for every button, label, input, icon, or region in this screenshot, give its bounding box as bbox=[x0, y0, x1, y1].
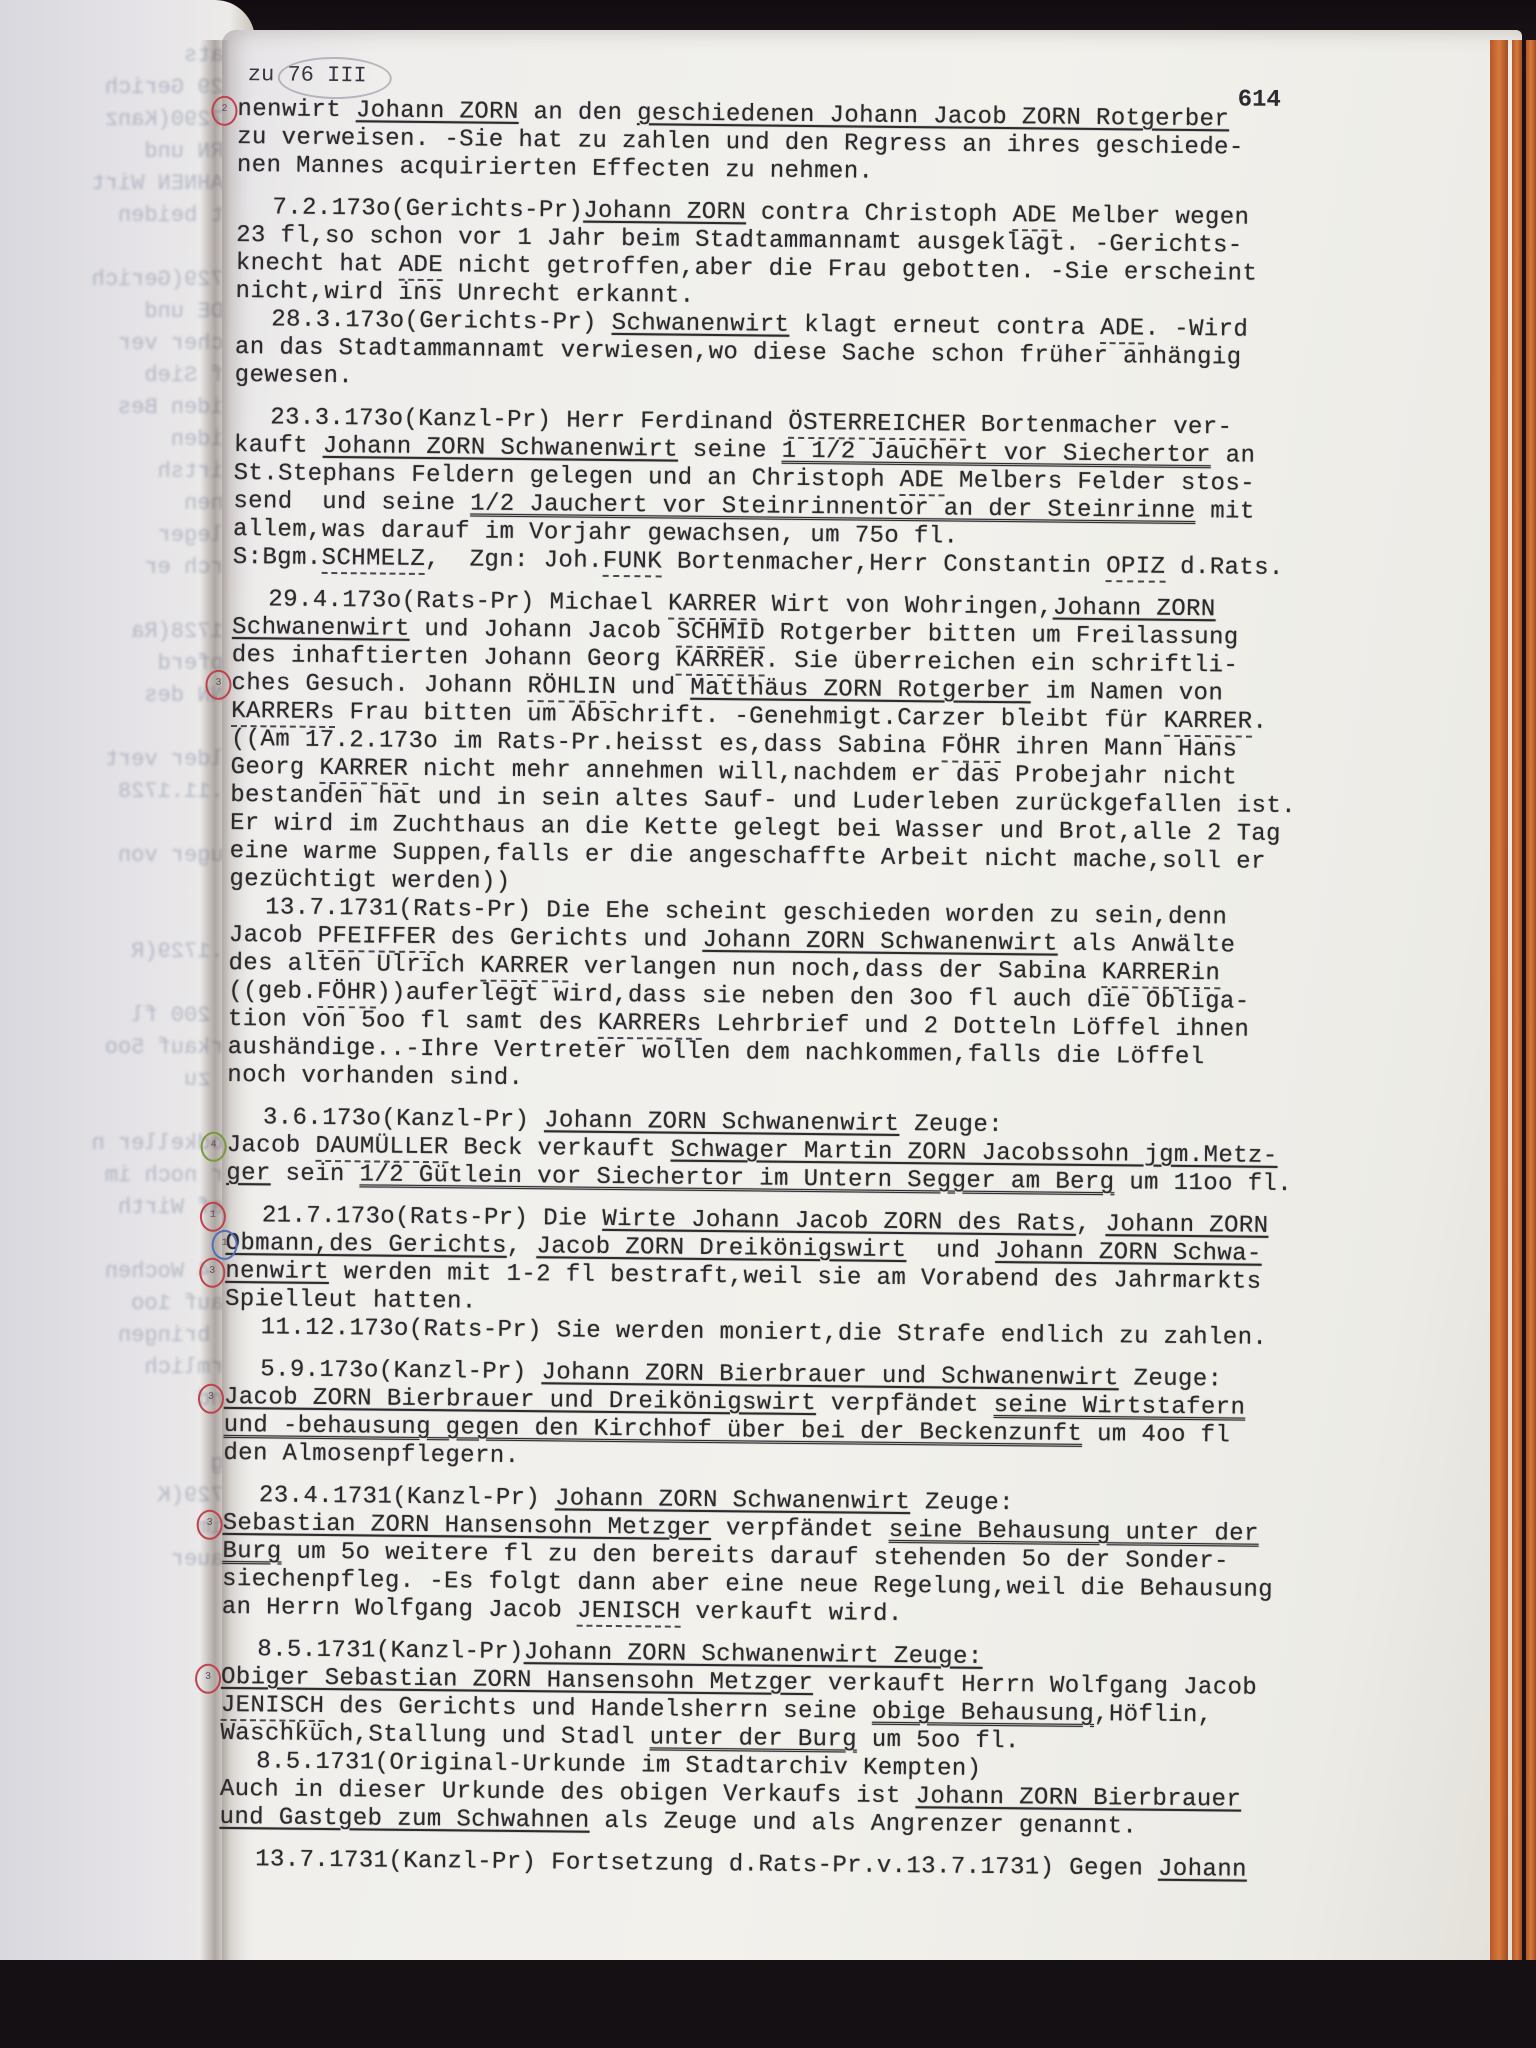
text-run: Jacob bbox=[226, 1132, 315, 1160]
underlined-phrase: RÖHLIN bbox=[527, 673, 616, 703]
underlined-phrase: Johann ZORN bbox=[583, 198, 746, 227]
text-run: , Zgn: Joh. bbox=[425, 546, 603, 575]
pencil-circle bbox=[278, 56, 392, 99]
text-run: 7.2.173o(Gerichts-Pr) bbox=[272, 194, 583, 224]
text-run: um 5oo fl. bbox=[857, 1727, 1020, 1756]
text-run: tion von 5oo fl samt des bbox=[228, 1006, 598, 1037]
text-run: des Gerichts und Handelsherrn seine bbox=[324, 1693, 872, 1726]
text-run: S:Bgm. bbox=[233, 544, 322, 572]
underlined-phrase: Jacob ZORN Dreikönigswirt bbox=[536, 1233, 906, 1264]
margin-circle-mark: 3 bbox=[199, 1258, 225, 1288]
underlined-phrase: ÖSTERREICHER bbox=[788, 410, 966, 441]
underlined-phrase: ger bbox=[226, 1160, 271, 1187]
text-run: 29.4.173o(Rats-Pr) Michael bbox=[268, 586, 668, 617]
underlined-phrase: seine Behausung unter der bbox=[889, 1517, 1259, 1548]
text-run: Zeuge: bbox=[899, 1111, 1003, 1139]
margin-circle-mark: 3 bbox=[197, 1510, 223, 1540]
underlined-phrase: DAUMÜLLER bbox=[315, 1133, 449, 1163]
text-run: Bortenmacher,Herr Constantin bbox=[662, 548, 1106, 580]
text-run: seine bbox=[678, 437, 782, 465]
underlined-phrase: KARRER bbox=[480, 953, 569, 983]
text-run: ((geb. bbox=[228, 978, 317, 1006]
text-run: sein bbox=[271, 1160, 360, 1188]
text-run: Beck verkauft bbox=[449, 1134, 671, 1163]
text-run: , bbox=[507, 1233, 537, 1260]
text-run: als Zeuge und als Angrenzer genannt. bbox=[589, 1808, 1137, 1841]
underlined-phrase: Johann ZORN Schwanenwirt bbox=[323, 433, 679, 464]
photo-scene: (Rats 1729 Gerich .17290(Kanz ZORN und Z… bbox=[0, 0, 1536, 2048]
underlined-phrase: KARRER bbox=[676, 647, 765, 677]
underlined-phrase: ADE bbox=[1012, 202, 1057, 231]
text-run: ihren Mann Hans bbox=[1000, 734, 1237, 763]
text-run: d.Rats. bbox=[1165, 554, 1284, 582]
text-run: Rotgerber bitten um Freilassung bbox=[765, 620, 1239, 652]
text-run: 23.3.173o(Kanzl-Pr) Herr Ferdinand bbox=[270, 404, 788, 436]
underlined-phrase: Johann bbox=[1158, 1856, 1247, 1884]
text-run: Georg bbox=[230, 754, 319, 782]
text-run: Jacob bbox=[229, 922, 318, 950]
underlined-phrase: KARRER bbox=[319, 755, 408, 785]
text-run: verlangen nun noch,dass der Sabina bbox=[569, 954, 1102, 987]
text-run: Melber wegen bbox=[1057, 203, 1250, 232]
typed-page: zu 76 III 614 nenwirt Johann ZORN an den… bbox=[218, 60, 1488, 1973]
underlined-phrase: Johann ZORN Schwanenwirt bbox=[544, 1107, 900, 1138]
text-run: . bbox=[1252, 709, 1267, 736]
text-run: ches Gesuch. Johann bbox=[231, 670, 527, 700]
text-run: 23.4.1731(Kanzl-Pr) bbox=[259, 1482, 555, 1512]
page-edge bbox=[1526, 40, 1536, 2000]
text-run: Zeuge: bbox=[910, 1489, 1014, 1517]
underlined-phrase: JENISCH bbox=[577, 1598, 681, 1628]
text-run: Bortenmacher ver- bbox=[966, 412, 1233, 442]
text-run: 21.7.173o(Rats-Pr) Die bbox=[262, 1202, 603, 1233]
document-body: nenwirt Johann ZORN an den geschiedenen … bbox=[219, 96, 1488, 1887]
underlined-phrase: KARRERin bbox=[1102, 959, 1221, 989]
text-run: Melbers Felder stos- bbox=[944, 467, 1255, 497]
text-run: an bbox=[1211, 442, 1256, 469]
text-run: noch vorhanden sind. bbox=[227, 1062, 523, 1092]
underlined-phrase: Sebastian ZORN Hansensohn Metzger bbox=[223, 1510, 712, 1542]
underlined-phrase: seine Wirtstafern bbox=[994, 1392, 1246, 1422]
underlined-phrase: Johann ZORN bbox=[1053, 595, 1216, 624]
text-run: nenwirt bbox=[237, 96, 356, 124]
text-run: nen Mannes acquirierten Effecten zu nehm… bbox=[237, 152, 874, 186]
underlined-phrase: KARRERs bbox=[231, 698, 335, 728]
text-run: an Herrn Wolfgang Jacob bbox=[222, 1594, 578, 1625]
text-run: 13.7.1731(Kanzl-Pr) Fortsetzung d.Rats-P… bbox=[255, 1846, 1158, 1882]
underlined-phrase: Wirte Johann Jacob ZORN des Rats bbox=[602, 1206, 1076, 1238]
text-run: den Almosenpflegern. bbox=[223, 1440, 519, 1470]
underlined-phrase: ADE bbox=[399, 252, 444, 281]
text-run: 5.9.173o(Kanzl-Pr) bbox=[260, 1356, 542, 1386]
text-run: send und seine bbox=[233, 488, 470, 517]
text-run: und bbox=[906, 1237, 995, 1265]
underlined-phrase: Johann ZORN Schwanenwirt bbox=[702, 927, 1058, 958]
text-run: , bbox=[1076, 1211, 1106, 1238]
underlined-phrase: und Gastgeb zum Schwahnen bbox=[219, 1804, 589, 1835]
text-run: und Johann Jacob bbox=[410, 616, 677, 646]
text-run: . Sie überreichen ein schriftli- bbox=[764, 648, 1238, 680]
text-run: contra Christoph bbox=[746, 199, 1013, 229]
underlined-phrase: Johann ZORN bbox=[1105, 1211, 1268, 1240]
underlined-phrase: Johann ZORN bbox=[356, 97, 519, 126]
text-run: gezüchtigt werden)) bbox=[229, 866, 511, 896]
text-run: knecht hat bbox=[236, 250, 399, 279]
underlined-phrase: obige Behausung bbox=[872, 1699, 1094, 1728]
underlined-phrase: SCHMID bbox=[676, 619, 765, 649]
text-run: des alten Ulrich bbox=[228, 950, 480, 980]
underlined-phrase: OPIZ bbox=[1106, 553, 1166, 583]
text-run: als Anwälte bbox=[1058, 931, 1236, 960]
underlined-phrase: unter der Burg bbox=[650, 1724, 858, 1753]
underlined-phrase: FÖHR bbox=[941, 733, 1001, 763]
text-run: Lehrbrief und 2 Dotteln Löffel ihnen bbox=[701, 1011, 1249, 1044]
text-run: verpfändet bbox=[711, 1515, 889, 1544]
text-run: Spielleut hatten. bbox=[225, 1286, 477, 1316]
underlined-phrase: FÖHR bbox=[317, 979, 377, 1009]
text-run: um 11oo fl. bbox=[1114, 1169, 1292, 1198]
page-edge bbox=[1490, 40, 1508, 2000]
underlined-phrase: Schwanenwirt bbox=[232, 614, 410, 643]
text-run: des inhaftierten Johann Georg bbox=[232, 642, 676, 674]
text-run: um 4oo fl bbox=[1082, 1421, 1230, 1450]
text-run: Waschküch,Stallung und Stadl bbox=[220, 1720, 650, 1751]
text-run: im Namen von bbox=[1031, 678, 1224, 707]
text-line: 13.7.1731(Kanzl-Pr) Fortsetzung d.Rats-P… bbox=[219, 1846, 1469, 1887]
text-run: verkauft wird. bbox=[681, 1599, 903, 1628]
text-run: klagt erneut contra bbox=[789, 312, 1100, 342]
text-run: nicht,wird ins Unrecht erkannt. bbox=[235, 278, 694, 310]
text-run: ,Höflin, bbox=[1094, 1701, 1213, 1729]
text-run: und bbox=[616, 674, 690, 702]
text-run: Wirt von Wohringen, bbox=[757, 591, 1053, 621]
margin-circle-mark: 4 bbox=[200, 1132, 226, 1162]
background-bottom bbox=[0, 1960, 1536, 2048]
text-run: mit bbox=[1195, 498, 1254, 526]
underlined-phrase: Johann ZORN Bierbrauer bbox=[915, 1783, 1241, 1813]
text-run: 8.5.1731(Kanzl-Pr) bbox=[257, 1636, 524, 1666]
text-run: gewesen. bbox=[235, 362, 354, 390]
underlined-phrase: Schwanenwirt bbox=[612, 310, 790, 339]
underlined-phrase: KARRER bbox=[1164, 708, 1253, 738]
text-run: Zeuge: bbox=[1119, 1365, 1223, 1393]
text-run: verpfändet bbox=[816, 1390, 994, 1419]
text-run: an den bbox=[519, 99, 638, 127]
text-run: 28.3.173o(Gerichts-Pr) bbox=[271, 306, 612, 337]
page-edge bbox=[1512, 40, 1522, 2000]
underlined-phrase: KARRERs bbox=[598, 1010, 702, 1040]
underlined-phrase: nenwirt bbox=[225, 1258, 329, 1286]
text-run: . -Wird bbox=[1144, 316, 1248, 344]
underlined-phrase: Obmann,des Gerichts bbox=[225, 1230, 507, 1260]
underlined-phrase: Johann ZORN Schwa- bbox=[995, 1238, 1262, 1268]
text-run: verkauft Herrn Wolfgang Jacob bbox=[813, 1670, 1257, 1702]
underlined-phrase: Johann ZORN Schwanenwirt bbox=[555, 1485, 911, 1516]
underlined-phrase: JENISCH bbox=[221, 1692, 325, 1722]
underlined-phrase: PFEIFFER bbox=[317, 923, 436, 953]
underlined-phrase: Burg bbox=[222, 1538, 281, 1566]
text-run: kauft bbox=[234, 432, 323, 460]
underlined-phrase: SCHMELZ bbox=[321, 545, 425, 575]
underlined-phrase: Johann ZORN Schwanenwirt Zeuge: bbox=[524, 1639, 983, 1671]
underlined-phrase: ADE bbox=[900, 467, 945, 496]
margin-circle-mark: 3 bbox=[205, 670, 231, 700]
underlined-phrase: FUNK bbox=[603, 548, 663, 578]
underlined-phrase: Matthäus ZORN Rotgerber bbox=[690, 675, 1031, 706]
text-run: des Gerichts und bbox=[436, 924, 703, 954]
underlined-phrase: ADE bbox=[1100, 315, 1145, 344]
page-reference: zu 76 III bbox=[248, 62, 367, 88]
underlined-phrase: 1 1/2 Jauchert vor Siechertor bbox=[782, 438, 1212, 469]
text-run: 3.6.173o(Kanzl-Pr) bbox=[263, 1104, 545, 1134]
underlined-phrase: KARRER bbox=[668, 591, 757, 621]
